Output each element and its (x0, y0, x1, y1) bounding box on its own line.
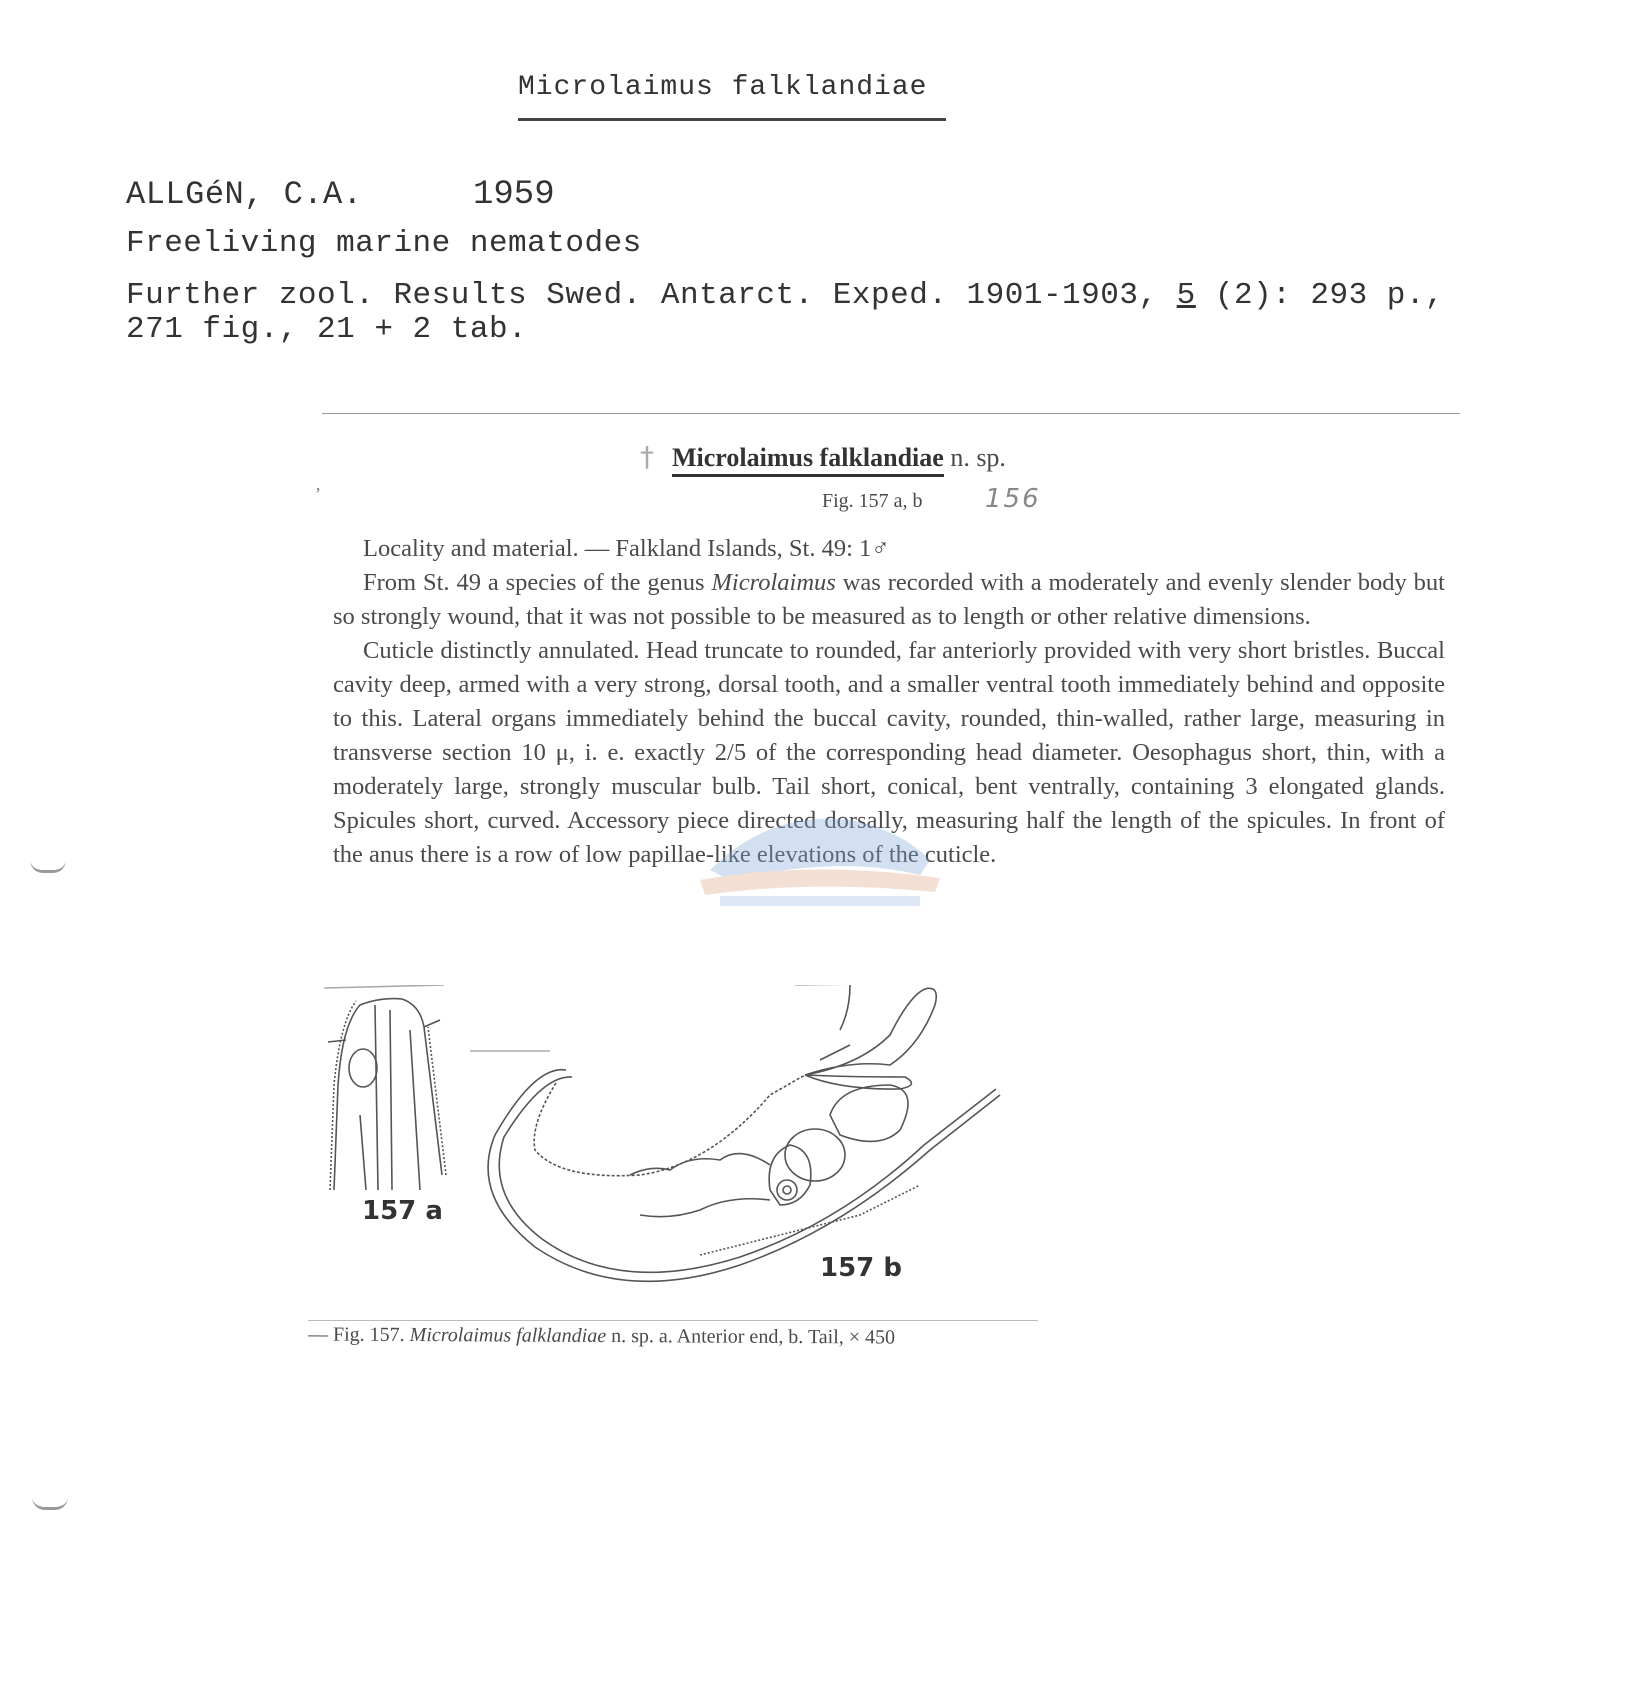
species-suffix: n. sp. (944, 443, 1006, 472)
description-text: Locality and material. — Falkland Island… (333, 532, 1445, 872)
tail-drawing (470, 985, 1000, 1281)
reference-line-2: 271 fig., 21 + 2 tab. (126, 312, 527, 347)
figure-157-drawing (320, 985, 1020, 1325)
reference-line-1: Further zool. Results Swed. Antarct. Exp… (126, 278, 1444, 313)
intro-text-before: From St. 49 a species of the genus (363, 569, 712, 596)
caption-suffix: n. sp. a. Anterior end, b. Tail, × 450 (606, 1325, 895, 1349)
work-title: Freeliving marine nematodes (126, 226, 642, 261)
reference-volume: 5 (1177, 278, 1196, 313)
binder-hole-mark (30, 860, 66, 873)
excerpt-divider (322, 413, 1460, 414)
figure-reference: Fig. 157 a, b (822, 490, 923, 513)
stray-mark: ʼ (315, 484, 321, 505)
species-name: Microlaimus falklandiae (672, 443, 944, 477)
figure-caption: — Fig. 157. Microlaimus falklandiae n. s… (308, 1323, 895, 1349)
figure-label-b: 157 b (820, 1253, 902, 1283)
caption-divider (308, 1320, 1038, 1321)
dagger-mark: † (640, 440, 654, 473)
caption-species: Microlaimus falklandiae (410, 1324, 607, 1347)
handwritten-number: 156 (985, 484, 1041, 514)
year: 1959 (473, 176, 555, 214)
anterior-end-drawing (324, 985, 446, 1190)
binder-hole-mark (32, 1497, 68, 1510)
genus-name: Microlaimus (712, 569, 836, 596)
reference-suffix: (2): 293 p., (1196, 278, 1444, 313)
reference-prefix: Further zool. Results Swed. Antarct. Exp… (126, 278, 1177, 313)
figure-label-a: 157 a (362, 1196, 443, 1226)
card-title: Microlaimus falklandiae (518, 72, 927, 103)
locality-paragraph: Locality and material. — Falkland Island… (333, 532, 1445, 566)
morphology-paragraph: Cuticle distinctly annulated. Head trunc… (333, 634, 1445, 872)
species-heading: Microlaimus falklandiae n. sp. (672, 443, 1006, 473)
title-underline (518, 118, 946, 121)
intro-paragraph: From St. 49 a species of the genus Micro… (333, 566, 1445, 634)
caption-prefix: — Fig. 157. (308, 1323, 410, 1346)
author: ALLGéN, C.A. (126, 176, 362, 213)
